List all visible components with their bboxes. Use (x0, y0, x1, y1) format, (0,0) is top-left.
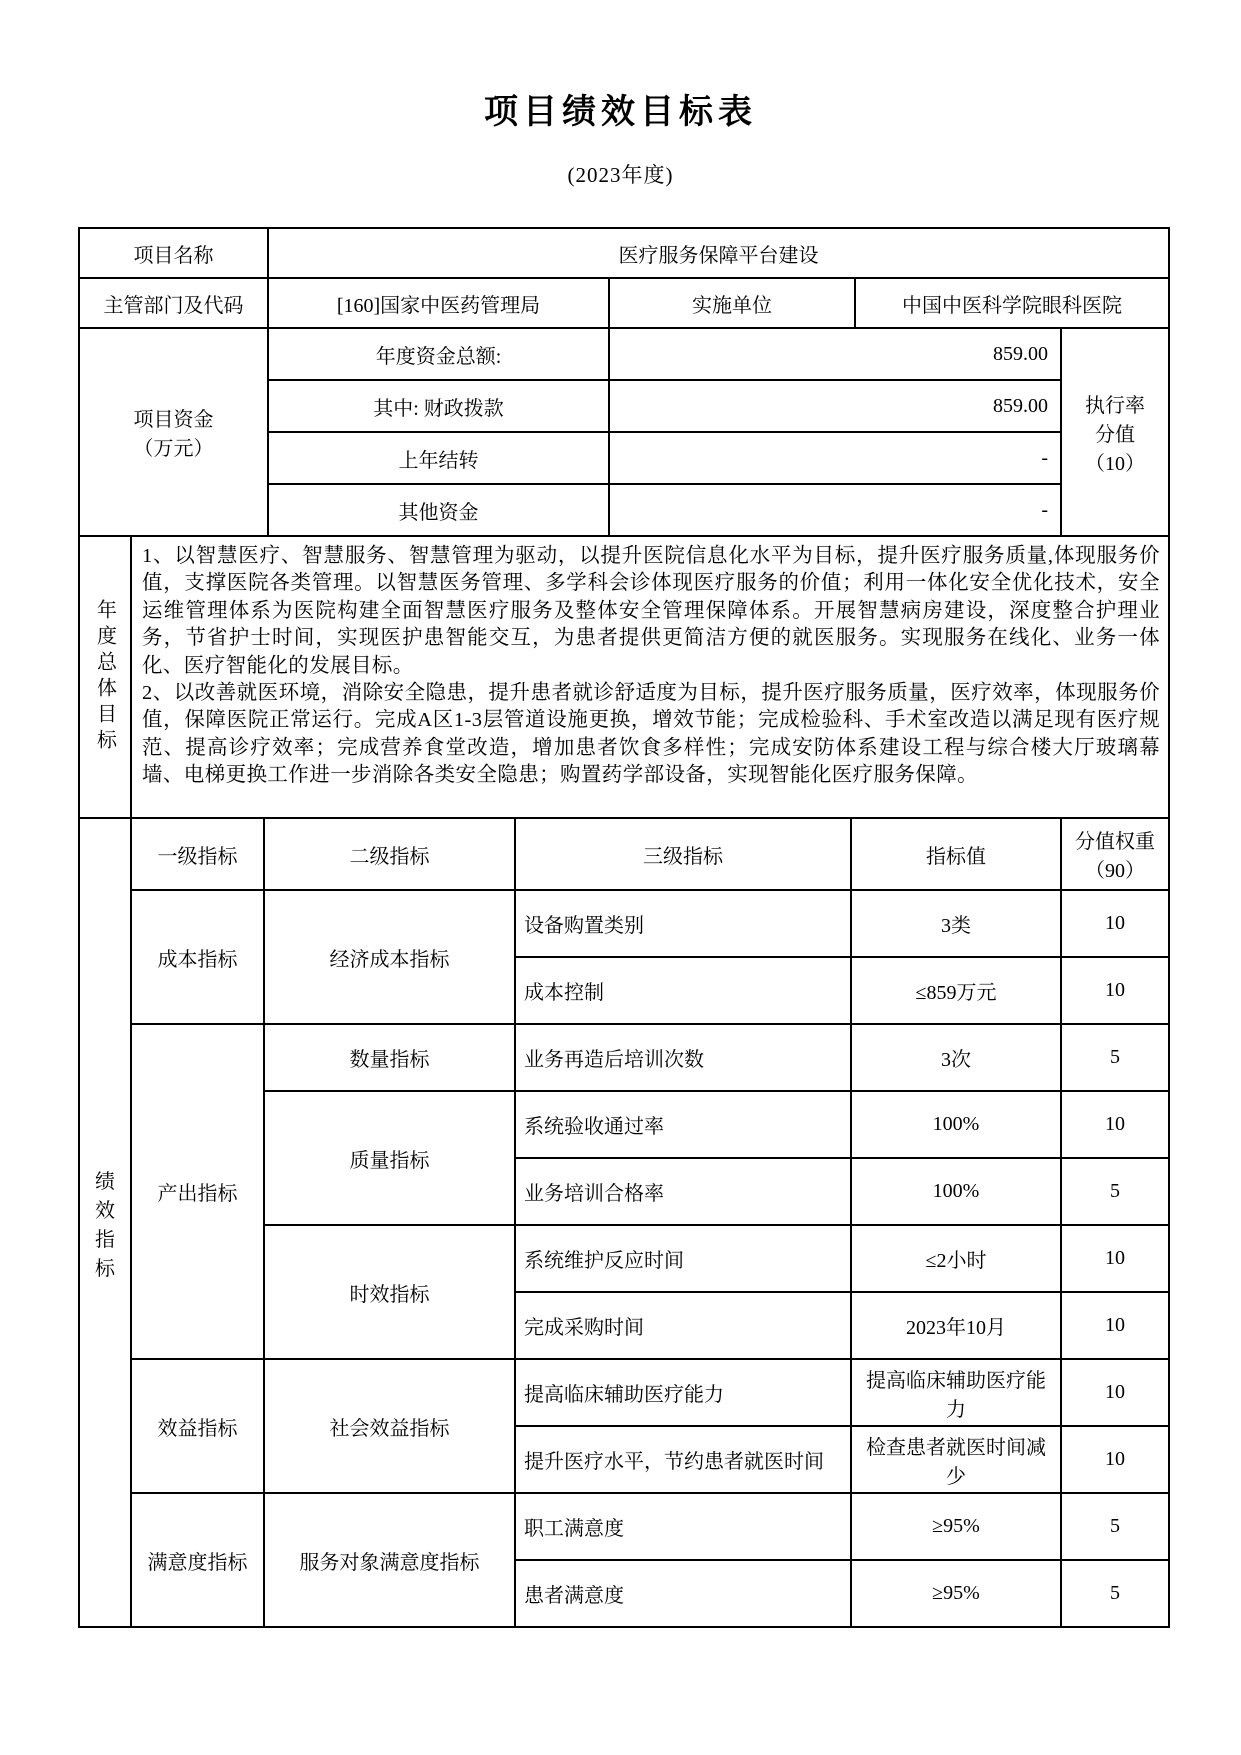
form-body: 项目名称 医疗服务保障平台建设 主管部门及代码 [160]国家中医药管理局 实施… (78, 227, 1168, 1628)
project-name-value: 医疗服务保障平台建设 (268, 228, 1169, 278)
annual-goal-side-label-text: 年度总体目标 (91, 599, 120, 755)
group-social: 社会效益指标 (264, 1359, 515, 1493)
indicator-name: 提高临床辅助医疗能力 (515, 1359, 851, 1426)
indicators-side-label: 绩效 指标 (79, 818, 131, 1627)
indicator-score: 5 (1061, 1560, 1169, 1627)
indicator-score: 5 (1061, 1024, 1169, 1091)
group-output: 产出指标 (131, 1024, 264, 1359)
group-benefit: 效益指标 (131, 1359, 264, 1493)
group-economic: 经济成本指标 (264, 890, 515, 1024)
header-level3: 三级指标 (515, 818, 851, 890)
funding-row-value: - (609, 484, 1061, 536)
indicator-value: ≤2小时 (851, 1225, 1061, 1292)
indicator-name: 业务再造后培训次数 (515, 1024, 851, 1091)
indicator-name: 提升医疗水平，节约患者就医时间 (515, 1426, 851, 1493)
group-satisfaction: 满意度指标 (131, 1493, 264, 1627)
annual-goal-paragraph-2: 2、以改善就医环境，消除安全隐患，提升患者就诊舒适度为目标，提升医疗服务质量，医… (142, 680, 1160, 790)
indicator-value: 提高临床辅助医疗能力 (851, 1359, 1061, 1426)
group-time: 时效指标 (264, 1225, 515, 1359)
funding-row-label: 其他资金 (268, 484, 609, 536)
indicator-name: 系统验收通过率 (515, 1091, 851, 1158)
annual-goal-table: 年度总体目标 1、以智慧医疗、智慧服务、智慧管理为驱动，以提升医院信息化水平为目… (78, 535, 1170, 819)
funding-row-label: 上年结转 (268, 432, 609, 484)
indicator-name: 业务培训合格率 (515, 1158, 851, 1225)
indicator-score: 10 (1061, 1292, 1169, 1359)
indicator-name: 系统维护反应时间 (515, 1225, 851, 1292)
indicator-score: 10 (1061, 1426, 1169, 1493)
execution-rate-label: 执行率 分值 （10） (1061, 328, 1169, 536)
info-table: 项目名称 医疗服务保障平台建设 主管部门及代码 [160]国家中医药管理局 实施… (78, 227, 1170, 537)
funding-row-value: 859.00 (609, 328, 1061, 380)
annual-goal-paragraph-1: 1、以智慧医疗、智慧服务、智慧管理为驱动，以提升医院信息化水平为目标，提升医疗服… (142, 543, 1160, 680)
impl-unit-value: 中国中医科学院眼科医院 (855, 278, 1169, 328)
indicators-table: 绩效 指标 一级指标 二级指标 三级指标 指标值 分值权重 （90） 成本指标 … (78, 817, 1170, 1628)
header-value: 指标值 (851, 818, 1061, 890)
funding-row-label: 年度资金总额: (268, 328, 609, 380)
funding-section-label: 项目资金 （万元） (79, 328, 268, 536)
indicator-score: 10 (1061, 890, 1169, 957)
page-subtitle: (2023年度) (0, 159, 1241, 189)
annual-goal-text: 1、以智慧医疗、智慧服务、智慧管理为驱动，以提升医院信息化水平为目标，提升医疗服… (132, 537, 1168, 817)
indicator-value: 100% (851, 1091, 1061, 1158)
document-page: 项目绩效目标表 (2023年度) 项目名称 医疗服务保障平台建设 主管部门及代码… (0, 0, 1241, 1755)
header-level2: 二级指标 (264, 818, 515, 890)
group-service: 服务对象满意度指标 (264, 1493, 515, 1627)
project-name-label: 项目名称 (79, 228, 268, 278)
group-quality: 质量指标 (264, 1091, 515, 1225)
indicator-value: 检查患者就医时间减少 (851, 1426, 1061, 1493)
funding-row-label: 其中: 财政拨款 (268, 380, 609, 432)
indicator-score: 10 (1061, 957, 1169, 1024)
annual-goal-text-cell: 1、以智慧医疗、智慧服务、智慧管理为驱动，以提升医院信息化水平为目标，提升医疗服… (131, 536, 1169, 818)
funding-row-value: - (609, 432, 1061, 484)
indicator-name: 设备购置类别 (515, 890, 851, 957)
header-level1: 一级指标 (131, 818, 264, 890)
indicator-value: 3类 (851, 890, 1061, 957)
annual-goal-side-label: 年度总体目标 (79, 536, 131, 818)
impl-unit-label: 实施单位 (609, 278, 855, 328)
indicator-value: 100% (851, 1158, 1061, 1225)
indicator-value: ≥95% (851, 1560, 1061, 1627)
indicator-value: ≤859万元 (851, 957, 1061, 1024)
header-weight: 分值权重 （90） (1061, 818, 1169, 890)
indicator-value: 2023年10月 (851, 1292, 1061, 1359)
indicator-score: 10 (1061, 1359, 1169, 1426)
page-title: 项目绩效目标表 (0, 0, 1241, 133)
indicator-name: 职工满意度 (515, 1493, 851, 1560)
indicator-name: 成本控制 (515, 957, 851, 1024)
indicator-name: 完成采购时间 (515, 1292, 851, 1359)
indicator-score: 10 (1061, 1091, 1169, 1158)
indicator-score: 10 (1061, 1225, 1169, 1292)
funding-row-value: 859.00 (609, 380, 1061, 432)
indicator-score: 5 (1061, 1493, 1169, 1560)
indicator-score: 5 (1061, 1158, 1169, 1225)
indicator-value: 3次 (851, 1024, 1061, 1091)
dept-value: [160]国家中医药管理局 (268, 278, 609, 328)
indicator-value: ≥95% (851, 1493, 1061, 1560)
indicator-name: 患者满意度 (515, 1560, 851, 1627)
group-cost: 成本指标 (131, 890, 264, 1024)
dept-label: 主管部门及代码 (79, 278, 268, 328)
group-quantity: 数量指标 (264, 1024, 515, 1091)
